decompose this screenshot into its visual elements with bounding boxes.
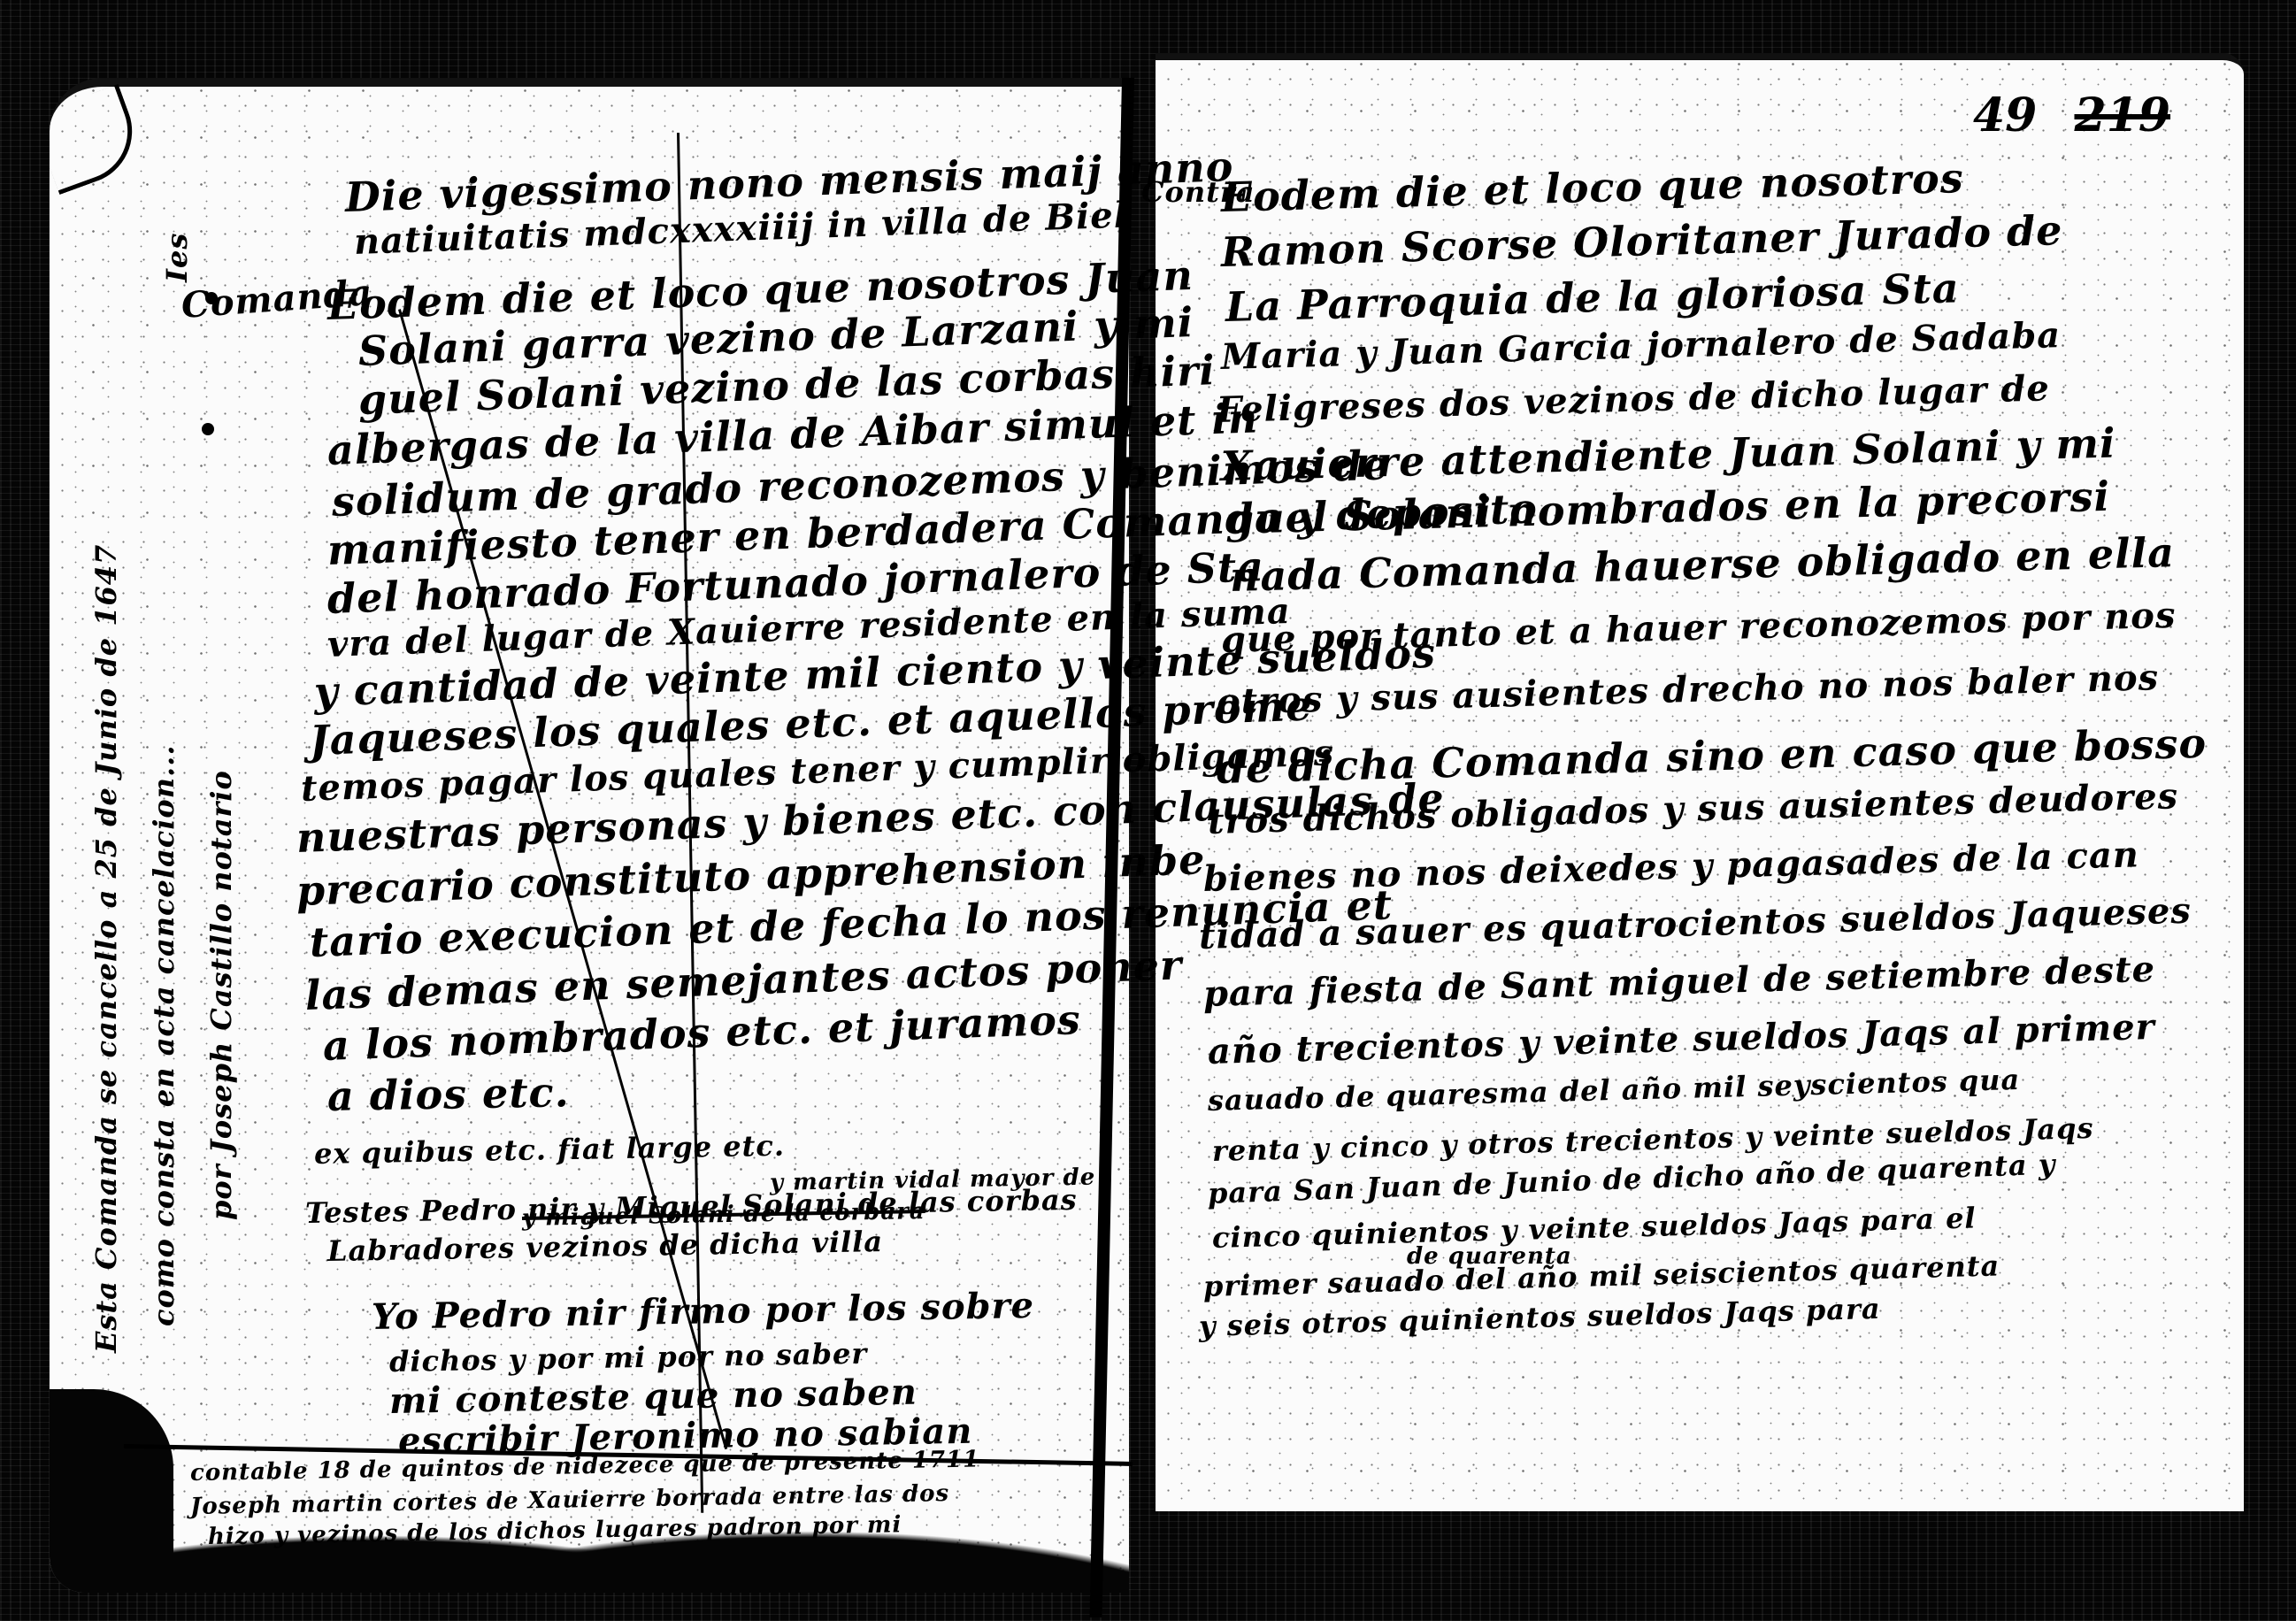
folio-current: 49 xyxy=(1973,88,2037,142)
folio-number: 49 219 xyxy=(1973,88,2170,142)
margin-vertical-note-2: como consta en acta cancelacion... xyxy=(147,745,180,1326)
margin-side-word-1: Ies xyxy=(160,233,194,282)
torn-corner xyxy=(50,1389,173,1593)
margin-vertical-note-1: Esta Comanda se cancello a 25 de Junio d… xyxy=(89,544,123,1353)
body-line: a dios etc. xyxy=(327,1068,570,1120)
folio-crossed: 219 xyxy=(2074,88,2170,142)
margin-vertical-note-3: por Joseph Castillo notario xyxy=(204,770,238,1220)
ink-blot xyxy=(205,292,218,304)
ink-blot xyxy=(202,423,214,435)
